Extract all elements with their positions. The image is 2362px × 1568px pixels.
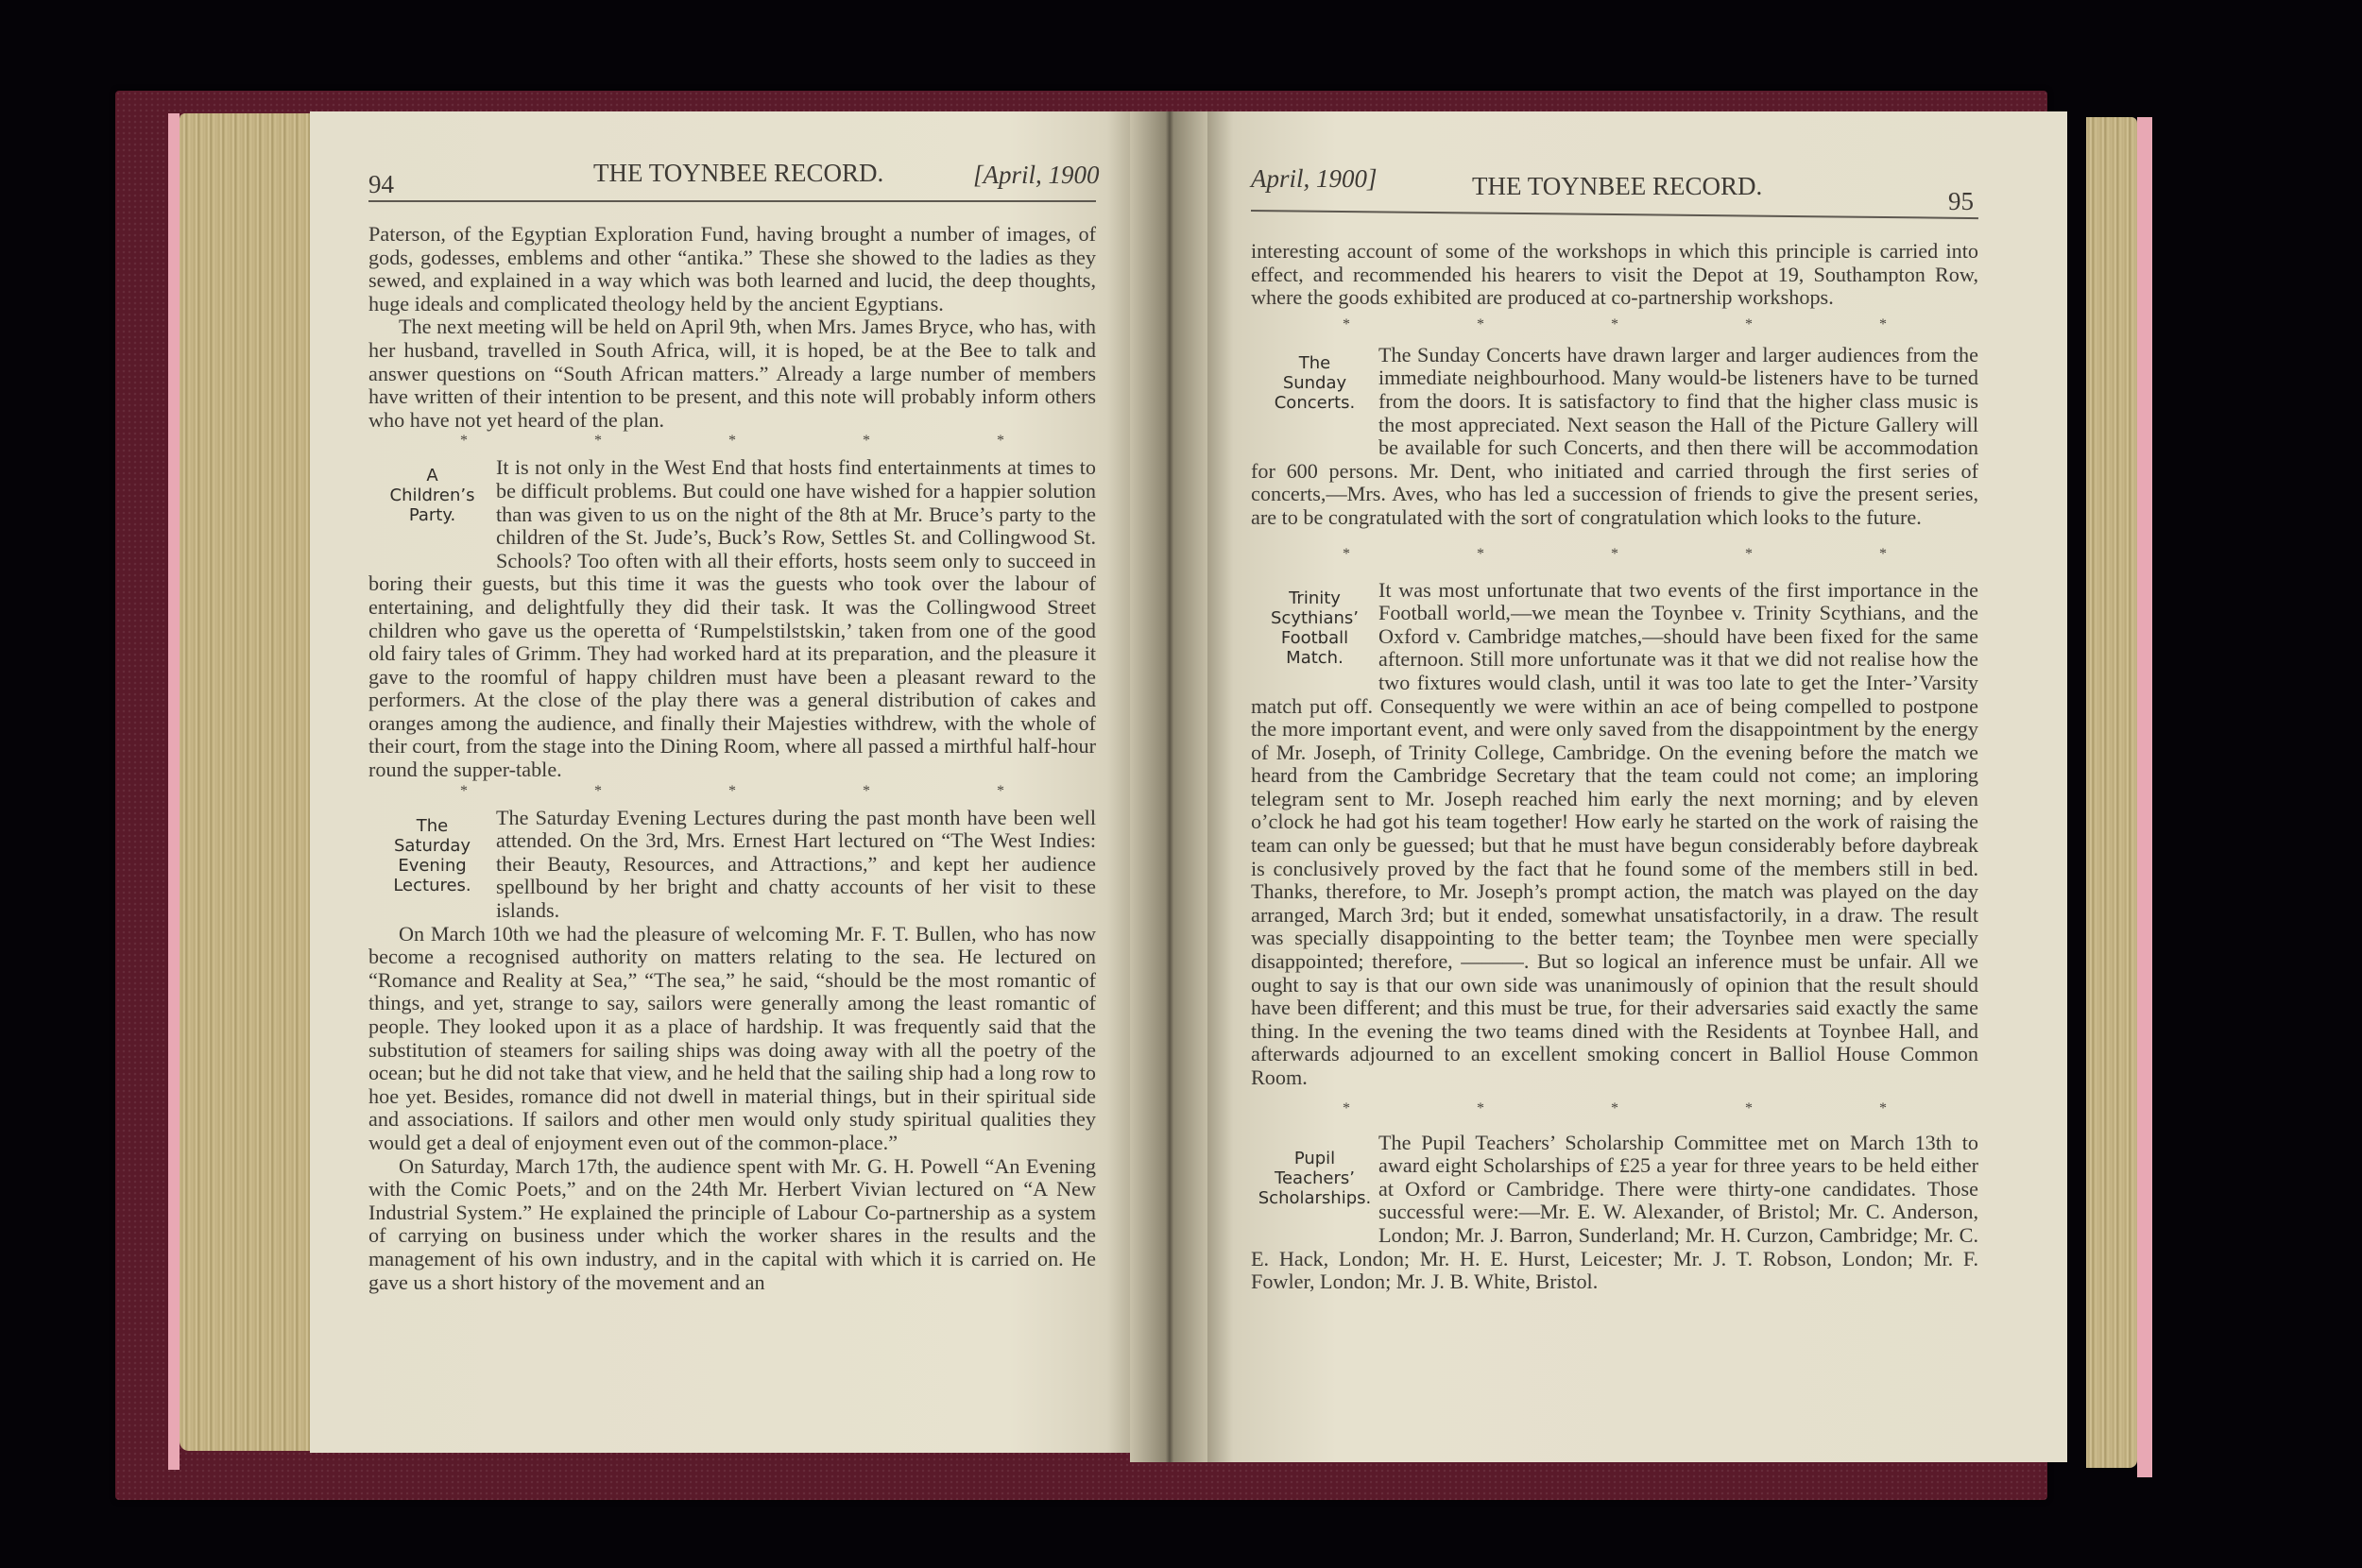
side-heading: Trinity Scythians’ Football Match. xyxy=(1251,579,1378,681)
page-number: 95 xyxy=(1948,187,1974,216)
right-page-edges xyxy=(2086,117,2137,1468)
section-childrens-party: A Children’s Party. It is not only in th… xyxy=(368,456,1096,781)
section-separator: ***** xyxy=(1251,315,1978,334)
side-heading: A Children’s Party. xyxy=(368,456,496,558)
side-heading: The Sunday Concerts. xyxy=(1251,344,1378,446)
section-separator: ***** xyxy=(1251,545,1978,564)
issue-date: April, 1900] xyxy=(1251,164,1378,194)
continuation-paragraph: interesting account of some of the works… xyxy=(1251,240,1978,310)
section-paragraph: On March 10th we had the pleasure of wel… xyxy=(368,923,1096,1155)
left-page: 94 THE TOYNBEE RECORD. [April, 1900 Pate… xyxy=(310,111,1132,1453)
section-paragraph: On Saturday, March 17th, the audience sp… xyxy=(368,1155,1096,1295)
book-gutter xyxy=(1130,111,1209,1462)
section-pupil-teachers-scholarships: Pupil Teachers’ Scholarships. The Pupil … xyxy=(1251,1132,1978,1294)
publication-title: THE TOYNBEE RECORD. xyxy=(593,159,883,188)
right-page-body: interesting account of some of the works… xyxy=(1251,240,1978,1294)
page-number: 94 xyxy=(368,170,394,199)
side-heading: Pupil Teachers’ Scholarships. xyxy=(1251,1132,1378,1241)
left-page-edges xyxy=(180,113,312,1451)
right-endpaper xyxy=(2137,117,2152,1477)
header-rule xyxy=(1251,210,1978,219)
section-separator: ***** xyxy=(368,782,1096,801)
publication-title: THE TOYNBEE RECORD. xyxy=(1472,172,1762,201)
issue-date: [April, 1900 xyxy=(973,161,1100,190)
next-meeting-paragraph: The next meeting will be held on April 9… xyxy=(368,315,1096,432)
right-page: April, 1900] THE TOYNBEE RECORD. 95 inte… xyxy=(1207,111,2067,1462)
section-football-match: Trinity Scythians’ Football Match. It wa… xyxy=(1251,579,1978,1090)
continuation-paragraph: Paterson, of the Egyptian Exploration Fu… xyxy=(368,223,1096,315)
section-sunday-concerts: The Sunday Concerts. The Sunday Concerts… xyxy=(1251,344,1978,530)
left-page-body: Paterson, of the Egyptian Exploration Fu… xyxy=(368,223,1096,1294)
header-rule xyxy=(368,200,1096,202)
section-saturday-lectures: The Saturday Evening Lectures. The Satur… xyxy=(368,807,1096,1294)
section-separator: ***** xyxy=(1251,1099,1978,1118)
section-separator: ***** xyxy=(368,432,1096,451)
left-endpaper xyxy=(168,113,180,1470)
side-heading: The Saturday Evening Lectures. xyxy=(368,807,496,909)
